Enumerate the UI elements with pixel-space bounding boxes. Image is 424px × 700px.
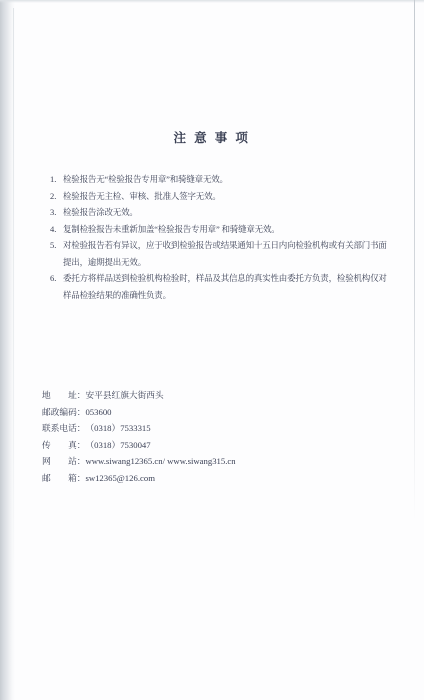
contact-label: 网 站： — [42, 453, 85, 470]
contact-row-fax: 传 真：（0318）7530047 — [42, 437, 236, 454]
notice-item-text: 检验报告无主检、审核、批准人签字无效。 — [63, 188, 394, 205]
notice-item-number: 4. — [50, 221, 63, 238]
contact-label: 地 址： — [42, 387, 85, 404]
notice-item-number: 2. — [50, 188, 63, 205]
notice-item-text: 对检验报告若有异议，应于收到检验报告或结果通知十五日内向检验机构或有关部门书面提… — [63, 237, 394, 270]
scanned-document-page: 注 意 事 项 1. 检验报告无“检验报告专用章”和骑缝章无效。 2. 检验报告… — [0, 0, 424, 700]
contact-row-website: 网 站：www.siwang12365.cn/ www.siwang315.cn — [42, 453, 236, 470]
contact-row-email: 邮 箱：sw12365@126.com — [42, 470, 236, 487]
contact-value: 053600 — [85, 404, 111, 421]
page-title: 注 意 事 项 — [0, 128, 424, 146]
notice-item-number: 1. — [50, 171, 63, 188]
contact-block: 地 址：安平县红旗大街西头 邮政编码：053600 联系电话：（0318）753… — [42, 387, 236, 487]
scan-right-edge-line — [414, 0, 415, 520]
notice-item-text: 委托方将样品送到检验机构检验时，样品及其信息的真实性由委托方负责，检验机构仅对样… — [63, 270, 394, 303]
notice-item-text: 复制检验报告未重新加盖“检验报告专用章” 和骑缝章无效。 — [63, 221, 394, 238]
contact-row-postal-code: 邮政编码：053600 — [42, 404, 236, 421]
notice-list: 1. 检验报告无“检验报告专用章”和骑缝章无效。 2. 检验报告无主检、审核、批… — [50, 171, 394, 303]
notice-item-number: 3. — [50, 204, 63, 221]
contact-label: 联系电话： — [42, 420, 85, 437]
contact-row-phone: 联系电话：（0318）7533315 — [42, 420, 236, 437]
notice-item: 1. 检验报告无“检验报告专用章”和骑缝章无效。 — [50, 171, 394, 188]
notice-item: 4. 复制检验报告未重新加盖“检验报告专用章” 和骑缝章无效。 — [50, 221, 394, 238]
contact-label: 邮 箱： — [42, 470, 85, 487]
contact-value: 安平县红旗大街西头 — [85, 387, 163, 404]
notice-item-number: 6. — [50, 270, 63, 303]
contact-value: （0318）7533315 — [85, 420, 150, 437]
notice-item: 5. 对检验报告若有异议，应于收到检验报告或结果通知十五日内向检验机构或有关部门… — [50, 237, 394, 270]
contact-value: （0318）7530047 — [85, 437, 150, 454]
contact-label: 邮政编码： — [42, 404, 85, 421]
notice-item-text: 检验报告涂改无效。 — [63, 204, 394, 221]
scan-left-crease-line — [13, 8, 14, 578]
notice-item-number: 5. — [50, 237, 63, 270]
notice-item: 3. 检验报告涂改无效。 — [50, 204, 394, 221]
contact-value: sw12365@126.com — [85, 470, 155, 487]
scan-top-edge-shadow — [0, 0, 424, 3]
contact-value: www.siwang12365.cn/ www.siwang315.cn — [85, 453, 235, 470]
notice-item: 2. 检验报告无主检、审核、批准人签字无效。 — [50, 188, 394, 205]
notice-item: 6. 委托方将样品送到检验机构检验时，样品及其信息的真实性由委托方负责，检验机构… — [50, 270, 394, 303]
notice-item-text: 检验报告无“检验报告专用章”和骑缝章无效。 — [63, 171, 394, 188]
contact-row-address: 地 址：安平县红旗大街西头 — [42, 387, 236, 404]
contact-label: 传 真： — [42, 437, 85, 454]
